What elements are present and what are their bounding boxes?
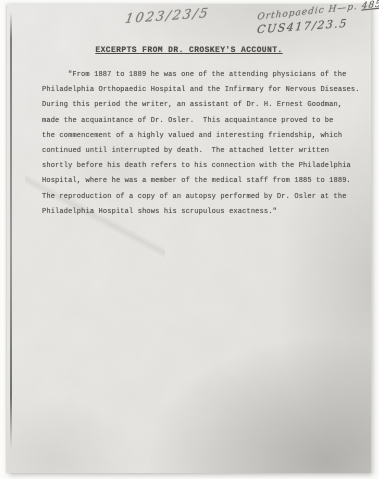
typed-line: During this period the writer, an assist… (42, 98, 358, 113)
photostat-paper: 1023/23/5 Orthopaedic H—p.485 CUS417/23.… (7, 4, 371, 473)
typed-line: "From 1887 to 1889 he was one of the att… (42, 68, 358, 83)
handwritten-ref-number: 1023/23/5 (124, 6, 211, 27)
catalog-note-page-number: 485 (361, 0, 379, 12)
typed-paragraph: "From 1887 to 1889 he was one of the att… (42, 68, 358, 220)
document-title: EXCERPTS FROM DR. CROSKEY'S ACCOUNT. (7, 46, 371, 55)
typed-line: The reproduction of a copy of an autopsy… (42, 190, 358, 205)
document-scan: 1023/23/5 Orthopaedic H—p.485 CUS417/23.… (0, 0, 379, 479)
typed-line: shortly before his death refers to his c… (42, 159, 358, 174)
typed-line: Philadelphia Hospital shows his scrupulo… (42, 205, 358, 220)
typed-line: the commencement of a highly valued and … (42, 129, 358, 144)
typed-line: made the acquaintance of Dr. Osler. This… (42, 114, 358, 129)
typed-line: Philadelphia Orthopaedic Hospital and th… (42, 83, 358, 98)
typed-line: continued until interrupted by death. Th… (42, 144, 358, 159)
page-edge-shadow (10, 12, 12, 449)
typed-line: Hospital, where he was a member of the m… (42, 174, 358, 189)
